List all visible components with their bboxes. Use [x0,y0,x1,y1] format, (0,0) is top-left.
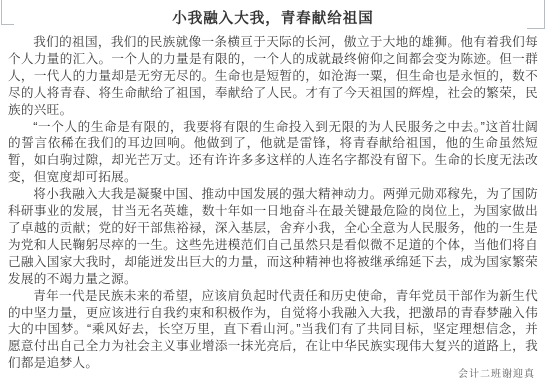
essay-paragraph: 青年一代是民族未来的希望，应该肩负起时代责任和历史使命，青年党员干部作为新生代的… [8,288,538,373]
essay-paragraph: 我们的祖国，我们的民族就像一条横亘于天际的长河，傲立于大地的雄狮。他有着我们每个… [8,34,538,119]
essay-body: 小我融入大我，青春献给祖国 我们的祖国，我们的民族就像一条横亘于天际的长河，傲立… [8,9,538,372]
essay-paragraph: 将小我融入大我是凝聚中国、推动中国发展的强大精神动力。两弹元勋邓稼先，为了国防科… [8,186,538,287]
document-page: 小我融入大我，青春献给祖国 我们的祖国，我们的民族就像一条横亘于天际的长河，傲立… [0,0,546,389]
essay-paragraph: “一个人的生命是有限的，我要将有限的生命投入到无限的为人民服务之中去。”这首壮阔… [8,119,538,187]
essay-title: 小我融入大我，青春献给祖国 [8,9,538,30]
author-signature: 会计二班谢迎真 [458,365,535,380]
